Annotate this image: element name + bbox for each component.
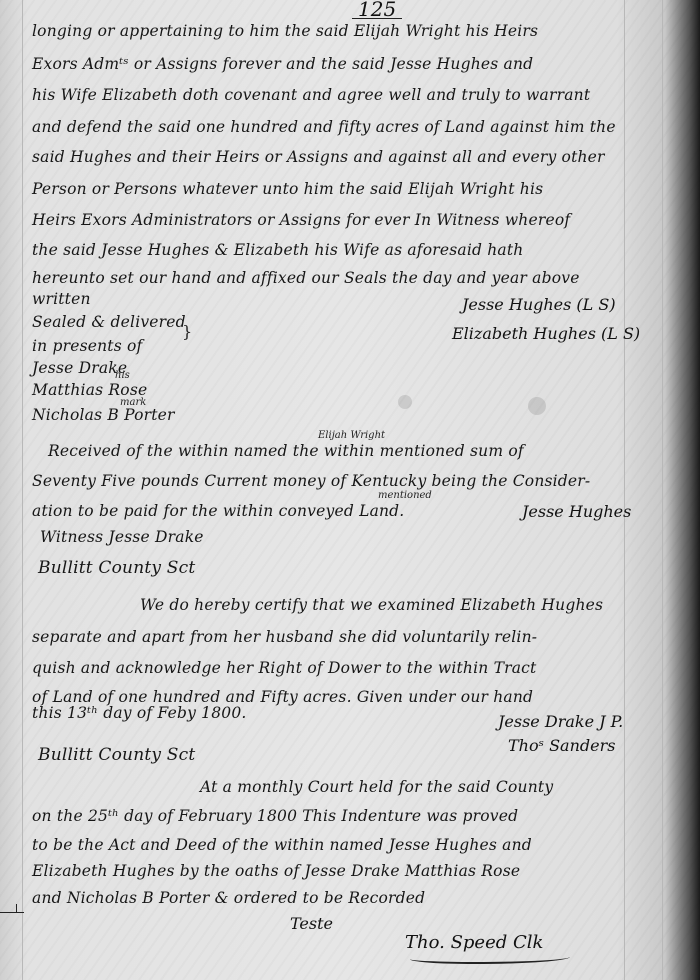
court-record-line: to be the Act and Deed of the within nam… (32, 836, 532, 854)
deed-line: Heirs Exors Administrators or Assigns fo… (32, 211, 570, 229)
margin-mark (0, 912, 24, 913)
court-record-line: and Nicholas B Porter & ordered to be Re… (32, 889, 425, 907)
certificate-line: quish and acknowledge her Right of Dower… (32, 659, 536, 677)
receipt-line: Seventy Five pounds Current money of Ken… (32, 472, 590, 490)
ink-stain (398, 395, 412, 409)
deed-line: hereunto set our hand and affixed our Se… (32, 269, 580, 287)
teste-label: Teste (290, 914, 333, 933)
deed-line: Person or Persons whatever unto him the … (32, 180, 543, 198)
court-record-line: on the 25ᵗʰ day of February 1800 This In… (32, 807, 518, 825)
certificate-line: this 13ᵗʰ day of Feby 1800. (32, 704, 247, 722)
witness-line: Sealed & delivered (32, 313, 186, 331)
witness-name: Nicholas B Porter (32, 406, 175, 424)
county-heading: Bullitt County Sct (38, 558, 195, 578)
deed-line: written (32, 290, 91, 308)
ruled-margin-line (22, 0, 23, 980)
receipt-line: ation to be paid for the within conveyed… (32, 502, 404, 520)
justice-signature: Jesse Drake J P. (498, 712, 623, 731)
ink-stain (528, 397, 546, 415)
page-number: 125 (352, 0, 402, 19)
witness-line: in presents of (32, 337, 142, 355)
deed-line: and defend the said one hundred and fift… (32, 118, 616, 136)
deed-line: longing or appertaining to him the said … (32, 22, 538, 40)
deed-line: his Wife Elizabeth doth covenant and agr… (32, 86, 590, 104)
deed-line: said Hughes and their Heirs or Assigns a… (32, 148, 605, 166)
receipt-line: Received of the within named the within … (48, 442, 524, 460)
ledger-page: 125 longing or appertaining to him the s… (0, 0, 700, 980)
deed-line: Exors Admᵗˢ or Assigns forever and the s… (32, 55, 533, 73)
mark-note: his (115, 370, 130, 381)
receipt-signature: Jesse Hughes (522, 502, 631, 521)
signature-flourish (410, 952, 570, 964)
court-record-line: At a monthly Court held for the said Cou… (200, 778, 553, 796)
clerk-signature: Tho. Speed Clk (405, 932, 543, 953)
ruled-column-line (624, 0, 625, 980)
receipt-witness: Witness Jesse Drake (40, 528, 204, 546)
certificate-line: We do hereby certify that we examined El… (140, 596, 603, 614)
witness-name: Jesse Drake (32, 359, 127, 377)
deed-line: the said Jesse Hughes & Elizabeth his Wi… (32, 241, 524, 259)
interlineation: Elijah Wright (318, 430, 385, 441)
brace: } (182, 322, 192, 341)
justice-signature: Thoˢ Sanders (508, 736, 615, 755)
ruled-column-line (662, 0, 663, 980)
interlineation: mentioned (378, 490, 432, 501)
certificate-line: separate and apart from her husband she … (32, 628, 537, 646)
county-heading: Bullitt County Sct (38, 745, 195, 765)
grantor-signature: Jesse Hughes (L S) (462, 295, 616, 314)
grantor-signature: Elizabeth Hughes (L S) (452, 324, 640, 343)
court-record-line: Elizabeth Hughes by the oaths of Jesse D… (32, 862, 520, 880)
